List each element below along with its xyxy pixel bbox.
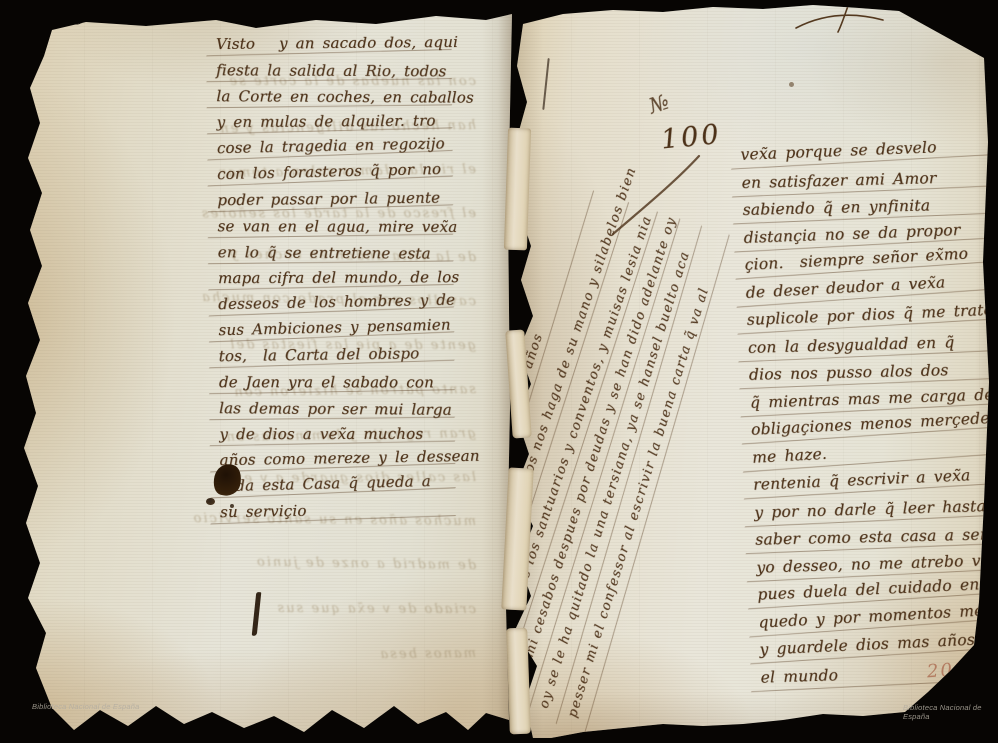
bleedthrough-line: manos besa [24,632,476,680]
handwritten-line: toda esta Casa q̃ queda a [220,467,481,499]
left-page: con las nuebas de la corte sehan hecho l… [16,8,512,738]
right-page: guarde a v ex̃a seys mil añosnos andan. … [503,2,995,742]
watermark-right: Biblioteca Nacional de España [903,703,998,721]
cross-mark-icon [788,4,888,38]
numero-mark: № [646,90,672,119]
handwritten-line: tos, la Carta del obispo [218,339,478,369]
handwritten-line: en lo q̃ se entretiene esta [218,239,478,267]
watermark-left: Biblioteca Nacional de España [32,702,140,711]
ink-blot-droplet [206,498,215,505]
ink-blot-speck [230,504,234,508]
handwritten-line: la Corte en coches, en caballos [216,83,476,110]
handwritten-line: sus Ambiciones y pensamien [218,311,479,343]
handwritten-line: con los forasteros q̃ por no [217,155,478,187]
left-page-text: Visto y an sacado dos, aquifiesta la sal… [216,29,480,525]
flourish-swash [607,150,707,244]
manuscript-scan: con las nuebas de la corte sehan hecho l… [0,0,998,743]
torn-strip [504,128,531,251]
handwritten-line: Visto y an sacado dos, aqui [216,29,476,57]
handwritten-line: su serviçio [220,495,480,525]
bleedthrough-line: criado de v ex̃a que sus [24,585,476,632]
handwritten-line: se van en el agua, mire vex̃a [218,213,478,240]
paper-stain-speck [789,82,794,87]
right-page-text: vex̃a porque se desveloen satisfazer ami… [740,131,998,691]
fold-crease [542,58,549,110]
handwritten-line: las demas por ser mui larga [219,395,479,423]
handwritten-line: poder passar por la puente [217,184,477,213]
bleedthrough-line: de madrid a onze de junio [24,537,477,588]
folio-number: 209 [926,659,968,683]
torn-strip [506,628,531,735]
handwritten-line: fiesta la salida al Rio, todos [216,57,476,84]
handwritten-line: de Jaen yra el sabado con [219,369,479,395]
paper-hole [69,10,89,27]
